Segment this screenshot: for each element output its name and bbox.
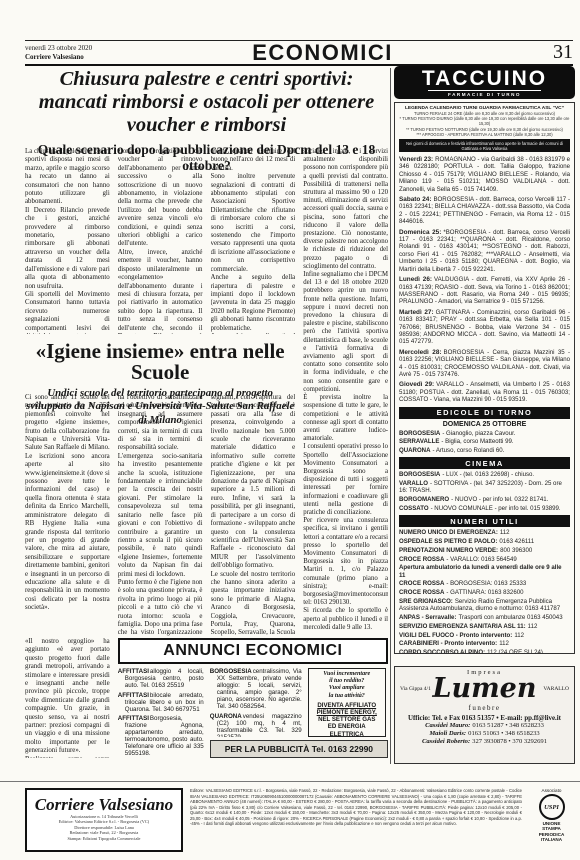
pharmacy-day: Martedì 27: (399, 309, 434, 316)
column-divider (390, 68, 391, 764)
useful-number-entry: CARABINIERI - Pronto intervento:112 (399, 640, 570, 647)
lumen-logo: Lumen (433, 673, 537, 704)
pharmacy-legend: TURNO FERIALE 24 ORE (dalle ore 8,30 all… (399, 111, 570, 137)
article1-header: Chiusura palestre e centri sportivi: man… (25, 68, 388, 148)
uspi-name-line: ITALIANA (528, 837, 575, 842)
entry-value: - BORGOSESIA: 0163 25333 (446, 580, 526, 587)
taccuino-title: TACCUINO (394, 68, 575, 89)
entry-detail: - Artuso, corso Rolandi 60. (432, 447, 504, 454)
promo-line: PIEMONTE ENERGY, (311, 709, 383, 716)
classifieds-box: ANNUNCI ECONOMICI AFFITTASIalloggio 4 lo… (118, 638, 388, 758)
article2-col1-lower: «Il nostro orgoglio» ha aggiunto «è aver… (25, 638, 110, 758)
entry-label: CORPO SOCCORSO ALPINO: (399, 649, 485, 654)
pharmacy-roster: Venerdì 23:ROMAGNANO - via Garibaldi 38 … (399, 156, 570, 404)
classified-ad: QUARONAvendesi magazzino (C2) 100 mq, h … (210, 713, 302, 738)
lumen-contact: Cassidei Roberto:327 3930878 • 370 32926… (395, 738, 574, 746)
entry-detail: - Biglia, corso Matteotti 99. (441, 438, 513, 445)
useful-number-entry: CROCE ROSSA- VARALLO: 0163 564549 (399, 556, 570, 563)
ad-text: centralissimo, Via XX Settembre, privato… (217, 668, 302, 710)
useful-number-entry: PRENOTAZIONI NUMERO VERDE:800 396300 (399, 547, 570, 554)
ad-lead: BORGOSESIA (210, 668, 252, 675)
entry-town: BORGOSESIA (399, 471, 440, 478)
entry-value: 112 (514, 632, 524, 639)
promo-line: NEL SETTORE GAS (311, 716, 383, 723)
articles-area: Chiusura palestre e centri sportivi: man… (25, 68, 388, 758)
entry-value: 800 396300 (500, 547, 532, 554)
entry-label: CROCE ROSSA (399, 580, 444, 587)
entry-town: QUARONA (399, 447, 430, 454)
useful-number-entry: NUMERO UNICO DI EMERGENZA:112 (399, 529, 570, 536)
newspaper-page: venerdì 23 ottobre 2020 Corriere Valsesi… (0, 0, 580, 860)
article2-col3: segnanti, con l'apertura del nuovo anno … (211, 394, 296, 638)
promo-line: DIVENTA AFFILIATO (311, 702, 383, 709)
entry-town: SERRAVALLE (399, 438, 439, 445)
entry-town: VARALLO (399, 480, 428, 487)
piemonte-energy-ad: Vuoi incrementareil tuo reddito?Vuoi amp… (308, 668, 386, 737)
legend-line: * TURNO FESTIVO DIURNO (dalle 8,30 alle … (399, 116, 570, 126)
contact-phones: 0163 51063 • 348 6518233 (468, 730, 540, 737)
useful-number-entry: SRE GRIGNASCO:Servizio Radio Emergenza P… (399, 598, 570, 612)
entry-label: VIGILI DEL FUOCO - Pronto intervento: (399, 632, 512, 639)
legend-line: *** APPOGGIO - APERTURA FESTIVA AL MATTI… (399, 132, 570, 137)
uspi-emblem-icon: USPI (539, 794, 565, 820)
masthead-details: Autorizzazione n. 14 Tribunale VercelliE… (27, 814, 181, 841)
lumen-office-line: Ufficio: Tel. e Fax 0163 51357 • E-mail:… (395, 715, 574, 722)
classified-ad: AFFITTASIBorgosesia, frazione Agnona, ap… (118, 715, 204, 757)
entry-label: ANPAS - Serravalle: (399, 614, 456, 621)
uspi-name: UNIONESTAMPAPERIODICAITALIANA (528, 821, 575, 842)
classifieds-content: AFFITTASIalloggio 4 locali, Borgosesia c… (118, 668, 388, 758)
contact-phones: 0163 51287 • 348 6528233 (472, 722, 544, 729)
footer-divider (0, 781, 580, 782)
uspi-association-block: Associato USPI UNIONESTAMPAPERIODICAITAL… (528, 788, 575, 842)
entry-value: 0163 426111 (499, 538, 534, 545)
useful-number-entry: OSPEDALE SS PIETRO E PAOLO:0163 426111 (399, 538, 570, 545)
contact-name: Cassidei Mauro: (425, 722, 470, 729)
cinema-header: CINEMA (399, 457, 570, 469)
section-title: ECONOMICI (252, 40, 393, 66)
useful-number-entry: ANPAS - Serravalle:Trasporti con ambulan… (399, 614, 570, 621)
contact-name: Maioli Daris: (429, 730, 466, 737)
masthead-line: Stampa: Edizioni Tipografia Commerciale (27, 836, 181, 841)
newsstands-header: EDICOLE DI TURNO (399, 407, 570, 419)
lumen-type-label: funebre (395, 704, 574, 712)
useful-number-entry: CROCE ROSSA- BORGOSESIA: 0163 25333 (399, 580, 570, 587)
pharmacy-day-entry: Sabato 24:BORGOSESIA - dott. Barreca, co… (399, 196, 570, 226)
pharmacy-day: Domenica 25: (399, 229, 441, 236)
entry-value: Trasporti con ambulanze 0163 450043 (458, 614, 562, 621)
entry-detail: - NUOVO - per info tel. 0322 81741. (451, 496, 548, 503)
lumen-funeral-ad: Impresa Via Gippa 4/1 Lumen VARALLO fune… (394, 666, 575, 764)
article1-col1: La chiusura di palestre e centri sportiv… (25, 148, 110, 334)
page-number: 31 (553, 41, 573, 64)
newsstand-entry: SERRAVALLE- Biglia, corso Matteotti 99. (399, 438, 570, 445)
contact-name: Cassidei Roberto: (422, 738, 470, 745)
lumen-contacts: Cassidei Mauro:0163 51287 • 348 6528233 … (395, 722, 574, 747)
lumen-contact: Cassidei Mauro:0163 51287 • 348 6528233 (395, 722, 574, 730)
article1-col2: zionato l'erogazione del voucher al rinn… (118, 148, 203, 334)
contact-phones: 327 3930878 • 370 3292691 (472, 738, 547, 745)
masthead-logo: Corriere Valsesiano (27, 795, 181, 814)
newsstand-entry: BORGOSESIA- Gianoglio, piazza Cavour. (399, 430, 570, 437)
article2-col1: Ci sono anche 11 scuole del nostro terri… (25, 394, 110, 638)
taccuino-banner: TACCUINO FARMACIE DI TURNO (394, 66, 575, 99)
lumen-name-row: Via Gippa 4/1 Lumen VARALLO (395, 676, 574, 704)
article1-headline: Chiusura palestre e centri sportivi: man… (25, 68, 388, 137)
pharmacy-day-entry: Martedì 27:GATTINARA - Cominazzini, cors… (399, 309, 570, 346)
promo-bold-lines: NEL SETTORE GASED ENERGIA ELETTRICA (311, 716, 383, 737)
entry-label: NUMERO UNICO DI EMERGENZA: (399, 529, 498, 536)
classified-ad: AFFITTASIbilocale arredato, trilocale li… (118, 692, 204, 713)
entry-label: SRE GRIGNASCO: (399, 598, 453, 605)
entry-detail: - NUOVO COMUNALE - per info tel. 015 938… (431, 505, 561, 512)
newsstands-list: BORGOSESIA- Gianoglio, piazza Cavour. SE… (399, 430, 570, 455)
useful-numbers-header: NUMERI UTILI (399, 515, 570, 527)
entry-value: 112 (528, 623, 538, 630)
taccuino-column: TACCUINO FARMACIE DI TURNO LEGENDA CALEN… (394, 66, 575, 654)
article2-headline: «Igiene insieme» entra nelle Scuole (25, 341, 295, 383)
promo-line: il tuo reddito? (311, 678, 383, 685)
entry-label: OSPEDALE SS PIETRO E PAOLO: (399, 538, 497, 545)
taccuino-subtitle: FARMACIE DI TURNO (428, 90, 541, 97)
ad-text: Borgosesia, frazione Agnona, appartament… (125, 715, 204, 757)
article1-col4: sociale, infatti, i servizi attualmente … (303, 148, 388, 638)
classifieds-right: BORGOSESIAcentralissimo, Via XX Settembr… (210, 668, 388, 758)
classified-ad: AFFITTASIalloggio 4 locali, Borgosesia c… (118, 668, 204, 689)
pharmacy-day-entry: Venerdì 23:ROMAGNANO - via Garibaldi 38 … (399, 156, 570, 193)
entry-value: 112 (500, 529, 510, 536)
pharmacy-day: Mercoledì 28: (399, 349, 442, 356)
article2-header: «Igiene insieme» entra nelle Scuole Undi… (25, 334, 295, 394)
entry-label: PRENOTAZIONI NUMERO VERDE: (399, 547, 498, 554)
entry-detail: - LUX - (tel. 0163 22698) - chiuso. (442, 471, 534, 478)
pharmacy-detail: *BORGOSESIA - dott. Barreca, corso Verce… (399, 229, 570, 273)
pharmacy-day-entry: Domenica 25:*BORGOSESIA - dott. Barreca,… (399, 229, 570, 273)
promo-italic-lines: Vuoi incrementareil tuo reddito?Vuoi amp… (311, 671, 383, 700)
entry-town: COSSATO (399, 505, 429, 512)
entry-label: Apertura ambulatorio da lunedì a venerdì… (399, 564, 562, 578)
classified-ad: BORGOSESIAcentralissimo, Via XX Settembr… (210, 668, 302, 710)
masthead-dateline: venerdì 23 ottobre 2020 Corriere Valsesi… (25, 44, 92, 61)
advertising-contact-bar: PER LA PUBBLICITÀ Tel. 0163 22990 (210, 740, 388, 758)
entry-town: BORGOSESIA (399, 430, 440, 437)
entry-label: CROCE ROSSA (399, 589, 444, 596)
useful-number-entry: SERVIZIO EMERGENZA SANITARIA ASL 11:112 (399, 623, 570, 630)
pharmacy-day: Lunedì 26: (399, 276, 432, 283)
pharmacy-day: Sabato 24: (399, 196, 431, 203)
entry-town: BORGOMANERO (399, 496, 449, 503)
ad-lead: AFFITTASI (118, 692, 149, 699)
entry-label: CROCE ROSSA (399, 556, 444, 563)
lumen-contact: Maioli Daris:0163 51063 • 348 6518233 (395, 730, 574, 738)
uspi-abbr: USPI (544, 804, 559, 811)
promo-line: la tua attività? (311, 693, 383, 700)
ad-lead: AFFITTASI (118, 668, 149, 675)
entry-value: 112 (499, 640, 509, 647)
newsstands-date: DOMENICA 25 OTTOBRE (399, 421, 570, 428)
useful-number-entry: CORPO SOCCORSO ALPINO:112 (24 ORE SU 24) (399, 649, 570, 654)
useful-numbers-list: NUMERO UNICO DI EMERGENZA:112 OSPEDALE S… (399, 529, 570, 654)
ad-lead: AFFITTASI (118, 715, 149, 722)
classifieds-header: ANNUNCI ECONOMICI (118, 638, 388, 664)
article1-col3: mente quando usufruire del buono nell'ar… (211, 148, 296, 334)
promo-line: ED ENERGIA ELETTRICA (311, 723, 383, 737)
article2-col2: ha l'obiettivo di sensibilizzare ed educ… (118, 394, 203, 638)
publisher-fine-print: Editore: VALSESIANO EDITRICE s.r.l. - Bo… (190, 788, 522, 850)
promo-underline-lines: DIVENTA AFFILIATOPIEMONTE ENERGY, (311, 702, 383, 716)
entry-value: - VARALLO: 0163 564549 (446, 556, 516, 563)
pharmacy-day-entry: Giovedì 29:VARALLO - Anselmetti, via Umb… (399, 381, 570, 403)
pharmacy-day-entry: Mercoledì 28:BORGOSESIA - Cerra, piazza … (399, 349, 570, 379)
useful-number-entry: Apertura ambulatorio da lunedì a venerdì… (399, 564, 570, 578)
cinema-list: BORGOSESIA- LUX - (tel. 0163 22698) - ch… (399, 471, 570, 512)
newsstand-entry: QUARONA- Artuso, corso Rolandi 60. (399, 447, 570, 454)
page-header: venerdì 23 ottobre 2020 Corriere Valsesi… (25, 40, 573, 66)
entry-label: CARABINIERI - Pronto intervento: (399, 640, 497, 647)
ad-lead: QUARONA (210, 713, 242, 720)
pharmacy-day: Venerdì 23: (399, 156, 433, 163)
classifieds-column-b: BORGOSESIAcentralissimo, Via XX Settembr… (210, 668, 302, 737)
entry-value: 112 (24 ORE SU 24) (487, 649, 543, 654)
useful-number-entry: CROCE ROSSA- GATTINARA: 0163 832600 (399, 589, 570, 596)
cinema-entry: BORGOMANERO- NUOVO - per info tel. 0322 … (399, 496, 570, 503)
lumen-address: Via Gippa 4/1 (400, 686, 431, 692)
cinema-entry: COSSATO- NUOVO COMUNALE - per info tel. … (399, 505, 570, 512)
entry-detail: - Gianoglio, piazza Cavour. (442, 430, 515, 437)
lumen-city: VARALLO (543, 686, 569, 692)
masthead-box: Corriere Valsesiano Autorizzazione n. 14… (25, 788, 183, 852)
promo-line: Vuoi ampliare (311, 685, 383, 692)
promo-line: Vuoi incrementare (311, 671, 383, 678)
useful-number-entry: VIGILI DEL FUOCO - Pronto intervento:112 (399, 632, 570, 639)
associato-label: Associato (528, 788, 575, 793)
paper-name: Corriere Valsesiano (25, 53, 92, 62)
issue-date: venerdì 23 ottobre 2020 (25, 44, 92, 53)
entry-value: - GATTINARA: 0163 832600 (446, 589, 523, 596)
classifieds-column-a: AFFITTASIalloggio 4 locali, Borgosesia c… (118, 668, 204, 758)
cinema-entry: VARALLO- SOTTORIVA - (tel. 347 3252203) … (399, 480, 570, 494)
entry-label: SERVIZIO EMERGENZA SANITARIA ASL 11: (399, 623, 526, 630)
pharmacy-day: Giovedì 29: (399, 381, 434, 388)
pharmacy-legend-note: Nei giorni di domenica e festività infra… (399, 139, 570, 152)
taccuino-content: LEGENDA CALENDARIO TURNI GUARDIA FARMACE… (394, 102, 575, 654)
pharmacy-day-entry: Lunedì 26:VALDUGGIA - dott. Ferretti, vi… (399, 276, 570, 306)
cinema-entry: BORGOSESIA- LUX - (tel. 0163 22698) - ch… (399, 471, 570, 478)
